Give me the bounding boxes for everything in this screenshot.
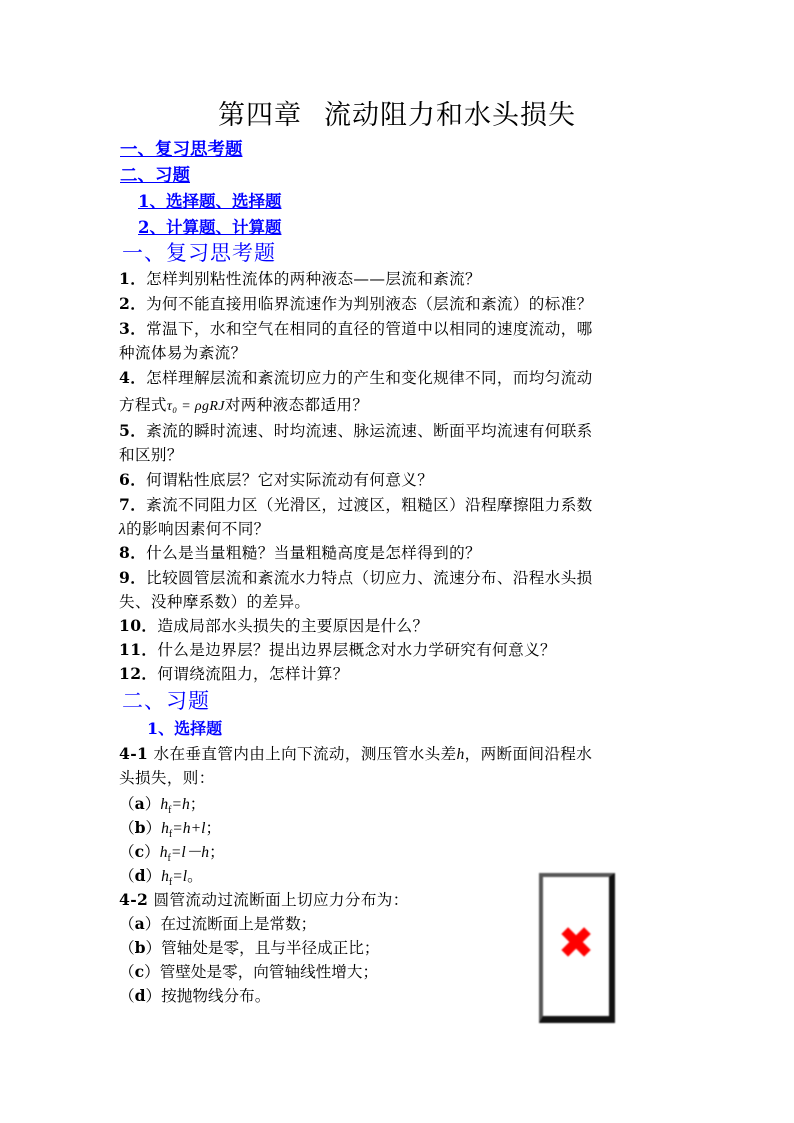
chapter-name: 流动阻力和水头损失	[324, 100, 576, 131]
toc-link-exercises[interactable]: 二、习题	[120, 163, 281, 189]
question-5: 5．紊流的瞬时流速、时均流速、脉运流速、断面平均流速有何联系 和区别？	[119, 419, 679, 467]
question-10: 10．造成局部水头损失的主要原因是什么？	[119, 614, 679, 638]
problem-4-2-option-c: （c）管壁处是零，向管轴线性增大；	[119, 960, 378, 985]
subsection-heading-multiple-choice: 1、选择题	[147, 717, 222, 741]
section-heading-exercises: 二、习题	[122, 687, 210, 715]
page-title: 第四章流动阻力和水头损失	[0, 98, 794, 134]
question-8: 8．什么是当量粗糙？当量粗糙高度是怎样得到的？	[119, 541, 679, 565]
problem-4-2-option-b: （b）管轴处是零，且与半径成正比；	[119, 936, 379, 961]
question-12: 12．何谓绕流阻力，怎样计算？	[119, 662, 679, 686]
problem-4-2-option-a: （a）在过流断面上是常数；	[119, 912, 316, 937]
question-11: 11．什么是边界层？提出边界层概念对水力学研究有何意义？	[119, 638, 679, 662]
question-3: 3．常温下，水和空气在相同的直径的管道中以相同的速度流动，哪 种流体易为紊流？	[119, 317, 679, 365]
question-4: 4．怎样理解层流和紊流切应力的产生和变化规律不同，而均匀流动 方程式τ₀ = ρ…	[119, 366, 679, 417]
question-6: 6．何谓粘性底层？它对实际流动有何意义？	[119, 468, 679, 492]
problem-4-1: 4-1 水在垂直管内由上向下流动，测压管水头差h，两断面间沿程水 头损失，则：	[119, 742, 679, 790]
document-page: 第四章流动阻力和水头损失 一、复习思考题 二、习题 1、选择题、选择题 2、计算…	[0, 0, 794, 1123]
question-1: 1．怎样判别粘性流体的两种液态——层流和紊流？	[119, 267, 679, 291]
broken-image-icon: ✖	[543, 922, 609, 966]
broken-image-placeholder: ✖	[539, 873, 615, 1023]
toc-link-calculation[interactable]: 2、计算题、计算题	[138, 215, 281, 241]
toc-link-multiple-choice[interactable]: 1、选择题、选择题	[138, 189, 281, 215]
chapter-number: 第四章	[218, 100, 302, 131]
shear-stress-formula: τ₀ = ρgRJ	[167, 399, 225, 414]
question-9: 9．比较圆管层流和紊流水力特点（切应力、流速分布、沿程水头损 失、没种摩系数）的…	[119, 566, 679, 614]
question-2: 2．为何不能直接用临界流速作为判别液态（层流和紊流）的标准？	[119, 292, 679, 316]
section-heading-review: 一、复习思考题	[122, 239, 276, 267]
table-of-contents: 一、复习思考题 二、习题 1、选择题、选择题 2、计算题、计算题	[120, 137, 281, 241]
problem-4-2-option-d: （d）按抛物线分布。	[119, 984, 270, 1009]
toc-link-review-questions[interactable]: 一、复习思考题	[120, 137, 281, 163]
question-7: 7．紊流不同阻力区（光滑区，过渡区，粗糙区）沿程摩擦阻力系数 λ的影响因素何不同…	[119, 493, 679, 541]
